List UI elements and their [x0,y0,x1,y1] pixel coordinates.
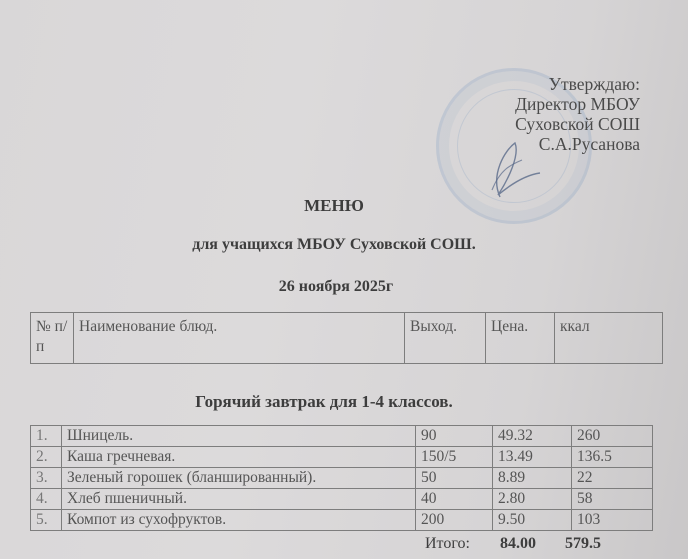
cell-price: 9.50 [493,510,572,531]
cell-output: 40 [416,489,493,510]
col-kcal-header: ккал [555,313,663,364]
table-row: 5.Компот из сухофруктов.2009.50103 [31,510,653,531]
table-row: 4.Хлеб пшеничный.402.8058 [31,489,653,510]
page-title: МЕНЮ [0,196,678,216]
cell-output: 90 [416,426,493,447]
cell-price: 8.89 [493,468,572,489]
cell-kcal: 22 [572,468,653,489]
total-price: 84.00 [500,535,536,553]
col-output-header: Выход. [405,313,486,364]
cell-name: Шницель. [62,426,416,447]
menu-table: 1.Шницель.9049.322602.Каша гречневая.150… [30,425,653,531]
approval-line-2: Директор МБОУ [515,94,640,114]
cell-price: 49.32 [493,426,572,447]
cell-num: 5. [31,510,62,531]
cell-output: 50 [416,468,493,489]
cell-num: 1. [31,426,62,447]
section-title: Горячий завтрак для 1-4 классов. [0,392,668,412]
table-row: 2.Каша гречневая.150/513.49136.5 [31,447,653,468]
cell-output: 150/5 [416,447,493,468]
cell-kcal: 260 [572,426,653,447]
approval-line-4: С.А.Русанова [515,134,640,154]
col-num-header: № п/п [31,313,74,364]
cell-num: 3. [31,468,62,489]
cell-num: 2. [31,447,62,468]
col-price-header: Цена. [486,313,555,364]
cell-name: Зеленый горошек (бланшированный). [62,468,416,489]
approval-block: Утверждаю: Директор МБОУ Суховской СОШ С… [515,74,640,154]
col-name-header: Наименование блюд. [74,313,405,364]
approval-line-1: Утверждаю: [515,74,640,94]
table-row: 1.Шницель.9049.32260 [31,426,653,447]
cell-num: 4. [31,489,62,510]
cell-name: Каша гречневая. [62,447,416,468]
cell-kcal: 58 [572,489,653,510]
column-header-table: № п/п Наименование блюд. Выход. Цена. кк… [30,312,663,364]
cell-price: 2.80 [493,489,572,510]
table-row: 3.Зеленый горошек (бланшированный).508.8… [31,468,653,489]
page-subtitle: для учащихся МБОУ Суховской СОШ. [0,236,678,254]
total-label: Итого: [425,535,470,553]
cell-name: Хлеб пшеничный. [62,489,416,510]
cell-kcal: 136.5 [572,447,653,468]
cell-name: Компот из сухофруктов. [62,510,416,531]
approval-line-3: Суховской СОШ [515,114,640,134]
cell-price: 13.49 [493,447,572,468]
cell-output: 200 [416,510,493,531]
menu-date: 26 ноября 2025г [0,278,680,296]
cell-kcal: 103 [572,510,653,531]
total-kcal: 579.5 [565,535,601,553]
